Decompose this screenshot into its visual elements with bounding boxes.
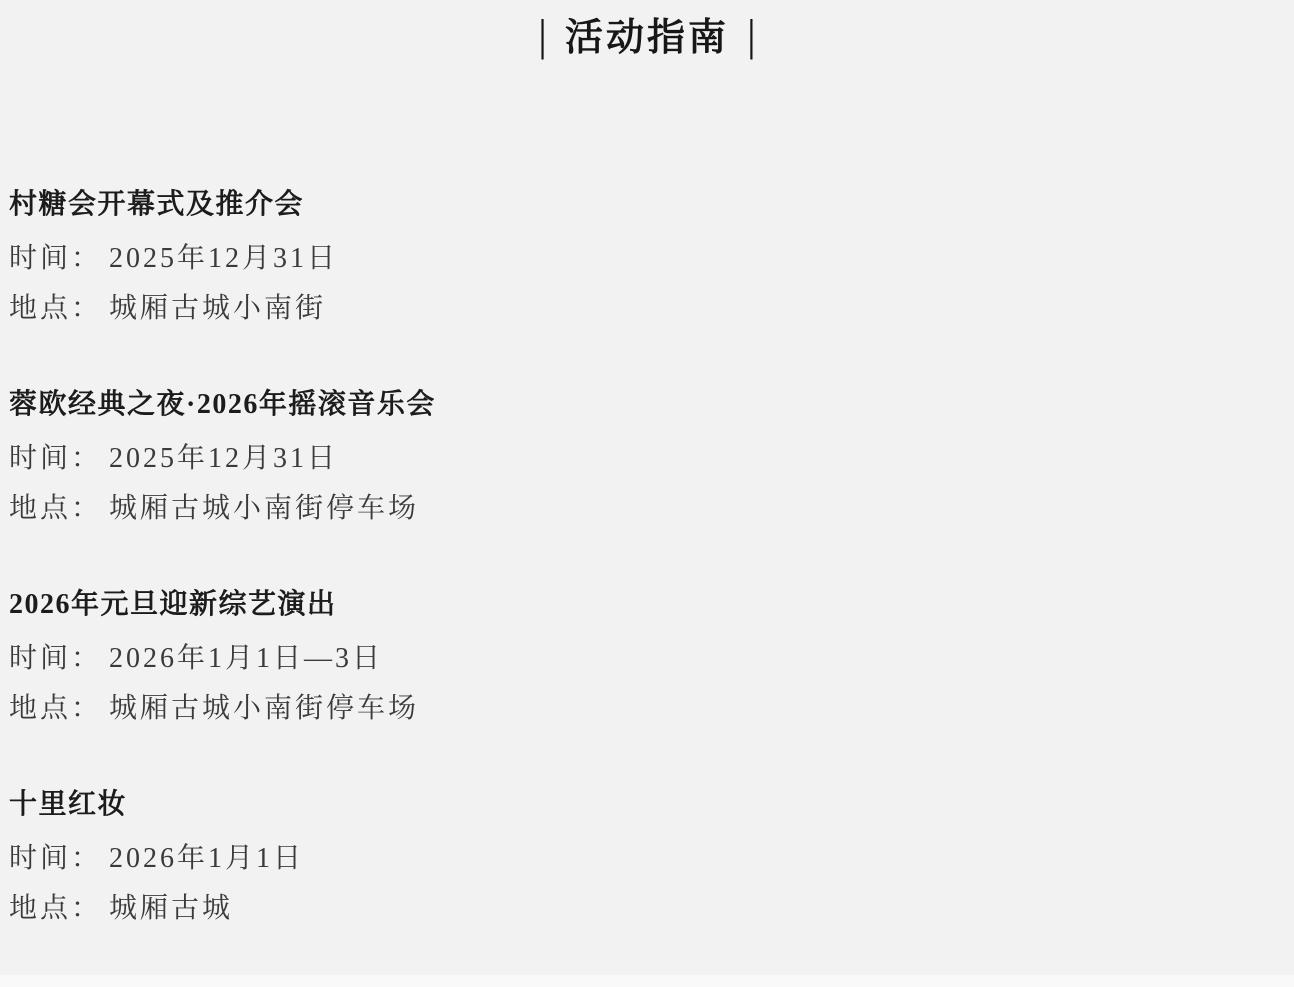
time-label: 时间： [9, 843, 102, 874]
location-label: 地点： [9, 893, 102, 924]
time-value: 2025年12月31日 [109, 443, 338, 474]
page-title-text: 活动指南 [565, 12, 729, 64]
event-item: 村糖会开幕式及推介会 时间：2025年12月31日 地点：城厢古城小南街 [9, 190, 1294, 334]
page-title: |活动指南| [0, 0, 1294, 64]
location-label: 地点： [9, 493, 102, 524]
location-label: 地点： [9, 693, 102, 724]
event-title: 村糖会开幕式及推介会 [9, 190, 1294, 220]
location-value: 城厢古城 [109, 893, 233, 924]
event-location-line: 地点：城厢古城 [9, 884, 1294, 934]
event-time-line: 时间：2025年12月31日 [9, 234, 1294, 284]
event-title: 十里红妆 [9, 790, 1294, 820]
event-location-line: 地点：城厢古城小南街停车场 [9, 484, 1294, 534]
event-title: 蓉欧经典之夜·2026年摇滚音乐会 [9, 390, 1294, 420]
event-item: 十里红妆 时间：2026年1月1日 地点：城厢古城 [9, 790, 1294, 934]
location-value: 城厢古城小南街停车场 [109, 493, 419, 524]
title-left-bar: | [538, 13, 547, 59]
time-value: 2026年1月1日—3日 [109, 643, 383, 674]
location-value: 城厢古城小南街停车场 [109, 693, 419, 724]
event-item: 2026年元旦迎新综艺演出 时间：2026年1月1日—3日 地点：城厢古城小南街… [9, 590, 1294, 734]
event-time-line: 时间：2025年12月31日 [9, 434, 1294, 484]
page-bottom-edge [0, 975, 1294, 987]
event-location-line: 地点：城厢古城小南街 [9, 284, 1294, 334]
event-title: 2026年元旦迎新综艺演出 [9, 590, 1294, 620]
event-time-line: 时间：2026年1月1日—3日 [9, 634, 1294, 684]
time-value: 2025年12月31日 [109, 243, 338, 274]
time-value: 2026年1月1日 [109, 843, 304, 874]
location-label: 地点： [9, 293, 102, 324]
event-item: 蓉欧经典之夜·2026年摇滚音乐会 时间：2025年12月31日 地点：城厢古城… [9, 390, 1294, 534]
event-time-line: 时间：2026年1月1日 [9, 834, 1294, 884]
title-right-bar: | [747, 13, 756, 59]
event-list: 村糖会开幕式及推介会 时间：2025年12月31日 地点：城厢古城小南街 蓉欧经… [9, 190, 1294, 934]
event-location-line: 地点：城厢古城小南街停车场 [9, 684, 1294, 734]
time-label: 时间： [9, 443, 102, 474]
time-label: 时间： [9, 243, 102, 274]
time-label: 时间： [9, 643, 102, 674]
location-value: 城厢古城小南街 [109, 293, 326, 324]
